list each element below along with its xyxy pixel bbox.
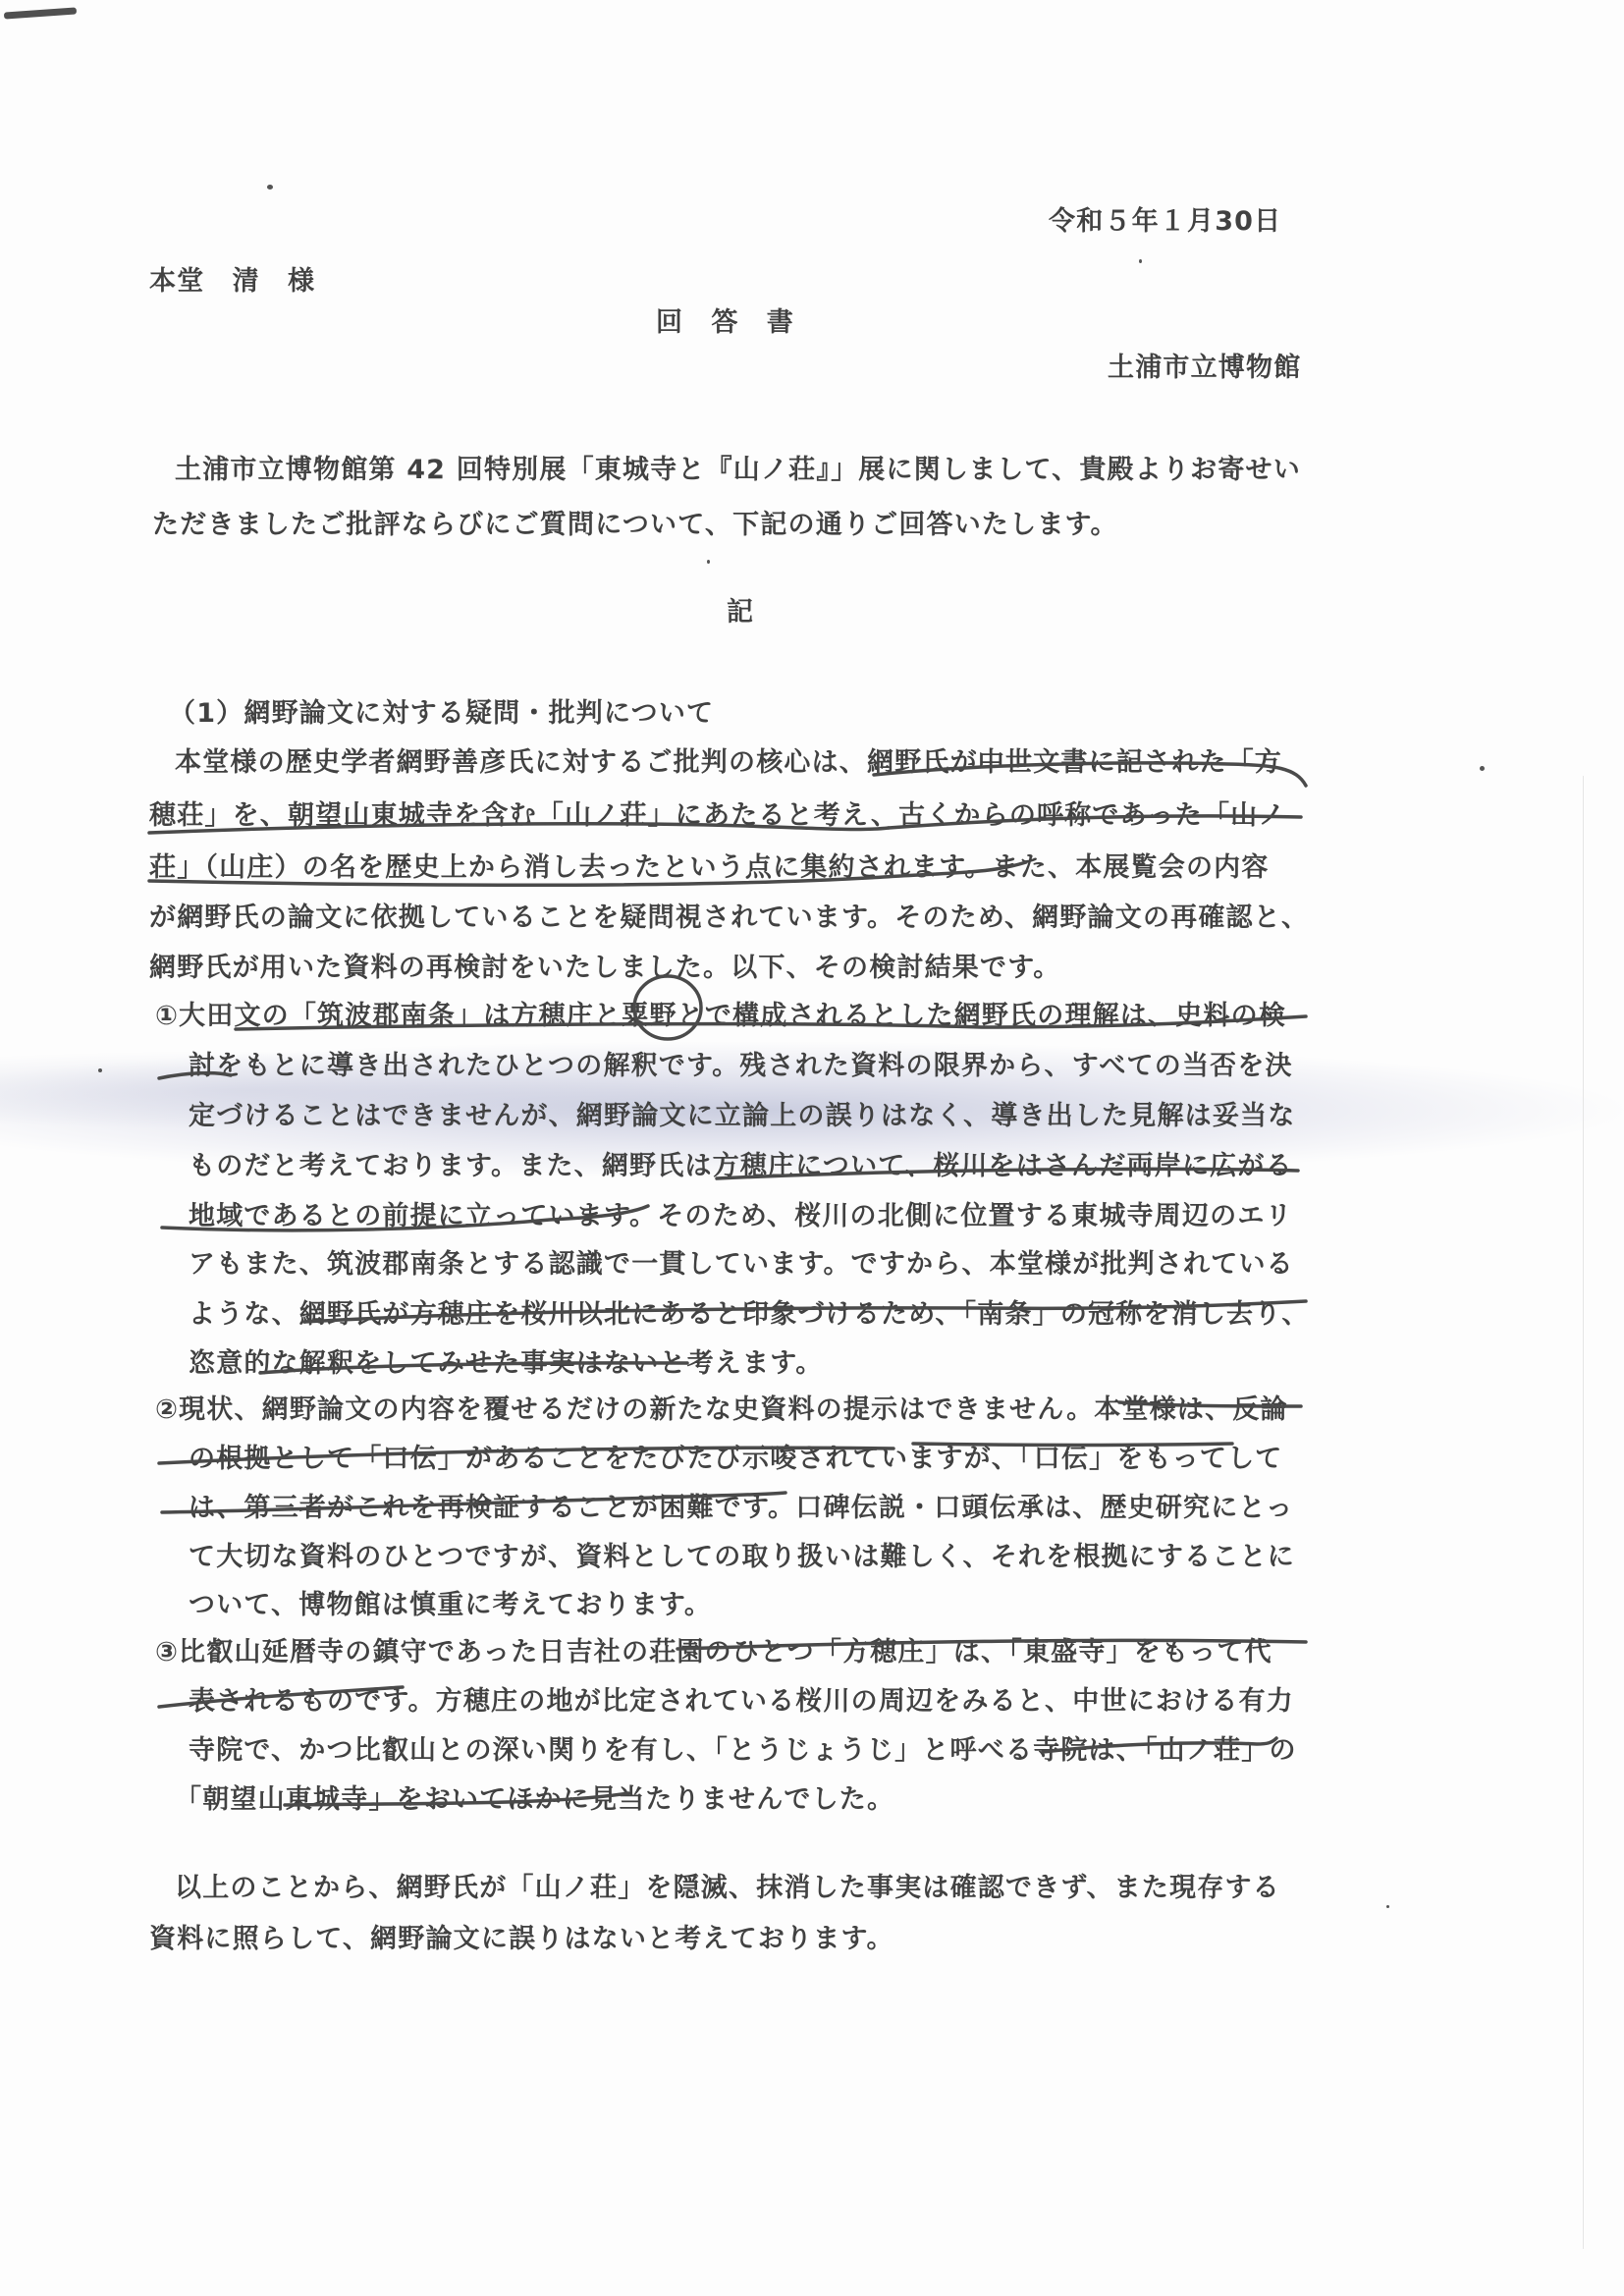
point-2-line-4: て大切な資料のひとつですが、資料としての取り扱いは難しく、それを根拠にすることに bbox=[189, 1535, 1295, 1573]
point-3-line-4: 「朝望山東城寺」をおいてほかに見当たりませんでした。 bbox=[175, 1777, 894, 1816]
point-2-line-5: ついて、博物館は慎重に考えております。 bbox=[189, 1583, 712, 1621]
intro-line-2: ただきましたご批評ならびにご質問について、下記の通りご回答いたします。 bbox=[152, 503, 1118, 541]
point-1-line-1: ①大田文の「筑波郡南条」は方穂庄と粟野とで構成されるとした網野氏の理解は、史料の… bbox=[155, 994, 1286, 1032]
staple-mark bbox=[4, 7, 77, 19]
sender-organization: 土浦市立博物館 bbox=[1108, 346, 1301, 384]
addressee: 本堂 清 様 bbox=[149, 259, 315, 298]
lead-line-4: が網野氏の論文に依拠していることを疑問視されています。そのため、網野論文の再確認… bbox=[149, 896, 1309, 934]
scanned-page: 令和５年１月30日 本堂 清 様 回 答 書 土浦市立博物館 土浦市立博物館第 … bbox=[0, 0, 1624, 2296]
intro-line-1: 土浦市立博物館第 42 回特別展「東城寺と『山ノ荘』」展に関しまして、貴殿よりお… bbox=[175, 448, 1301, 486]
lead-line-2: 穂荘」を、朝望山東城寺を含む「山ノ荘」にあたると考え、古くからの呼称であった「山… bbox=[149, 793, 1286, 832]
scan-speck bbox=[1480, 766, 1485, 771]
point-3-line-3: 寺院で、かつ比叡山との深い関りを有し、「とうじょうじ」と呼べる寺院は、「山ノ荘」… bbox=[189, 1728, 1297, 1767]
point-3-line-1: ③比叡山延暦寺の鎮守であった日吉社の荘園のひとつ「方穂庄」は、「東盛寺」をもって… bbox=[155, 1630, 1272, 1668]
ki-marker: 記 bbox=[727, 590, 754, 629]
point-2-line-2: の根拠として「口伝」があることをたびたび示唆されていますが、「口伝」をもってして bbox=[189, 1437, 1283, 1475]
scan-speck bbox=[1386, 1905, 1389, 1908]
page-edge-shadow bbox=[1583, 776, 1584, 2249]
section-heading: （1）網野論文に対する疑問・批判について bbox=[169, 691, 714, 730]
point-2-line-3: は、第三者がこれを再検証することが困難です。口碑伝説・口頭伝承は、歴史研究にとっ bbox=[189, 1486, 1293, 1524]
scan-speck bbox=[1139, 259, 1142, 263]
scan-speck bbox=[98, 1068, 102, 1072]
point-1-line-6: アもまた、筑波郡南条とする認識で一貫しています。ですから、本堂様が批判されている bbox=[189, 1242, 1294, 1281]
conclusion-line-1: 以上のことから、網野氏が「山ノ荘」を隠滅、抹消した事実は確認できず、また現存する bbox=[175, 1866, 1280, 1904]
point-1-line-3: 定づけることはできませんが、網野論文に立論上の誤りはなく、導き出した見解は妥当な bbox=[189, 1094, 1295, 1132]
point-1-line-8: 恣意的な解釈をしてみせた事実はないと考えます。 bbox=[189, 1341, 823, 1380]
point-1-line-7: ような、網野氏が方穂庄を桜川以北にあると印象づけるため、「南条」の冠称を消し去り… bbox=[189, 1292, 1310, 1331]
scan-speck bbox=[267, 185, 273, 190]
point-1-line-5: 地域であるとの前提に立っています。そのため、桜川の北側に位置する東城寺周辺のエリ bbox=[189, 1194, 1293, 1232]
document-date: 令和５年１月30日 bbox=[1049, 199, 1281, 238]
point-1-line-2: 討をもとに導き出されたひとつの解釈です。残された資料の限界から、すべての当否を決 bbox=[189, 1044, 1293, 1082]
scan-speck bbox=[707, 560, 710, 564]
lead-line-3: 荘」（山庄）の名を歴史上から消し去ったという点に集約されます。また、本展覧会の内… bbox=[149, 846, 1270, 884]
point-3-line-2: 表されるものです。方穂庄の地が比定されている桜川の周辺をみると、中世における有力 bbox=[189, 1679, 1294, 1718]
document-title: 回 答 書 bbox=[656, 301, 794, 339]
point-1-line-4: ものだと考えております。また、網野氏は方穂庄について、桜川をはさんだ両岸に広がる bbox=[189, 1144, 1293, 1182]
lead-line-1: 本堂様の歴史学者網野善彦氏に対するご批判の核心は、網野氏が中世文書に記された「方 bbox=[175, 740, 1282, 779]
point-2-line-1: ②現状、網野論文の内容を覆せるだけの新たな史資料の提示はできません。本堂様は、反… bbox=[155, 1388, 1288, 1426]
lead-line-5: 網野氏が用いた資料の再検討をいたしました。以下、その検討結果です。 bbox=[149, 946, 1060, 984]
conclusion-line-2: 資料に照らして、網野論文に誤りはないと考えております。 bbox=[149, 1917, 894, 1955]
